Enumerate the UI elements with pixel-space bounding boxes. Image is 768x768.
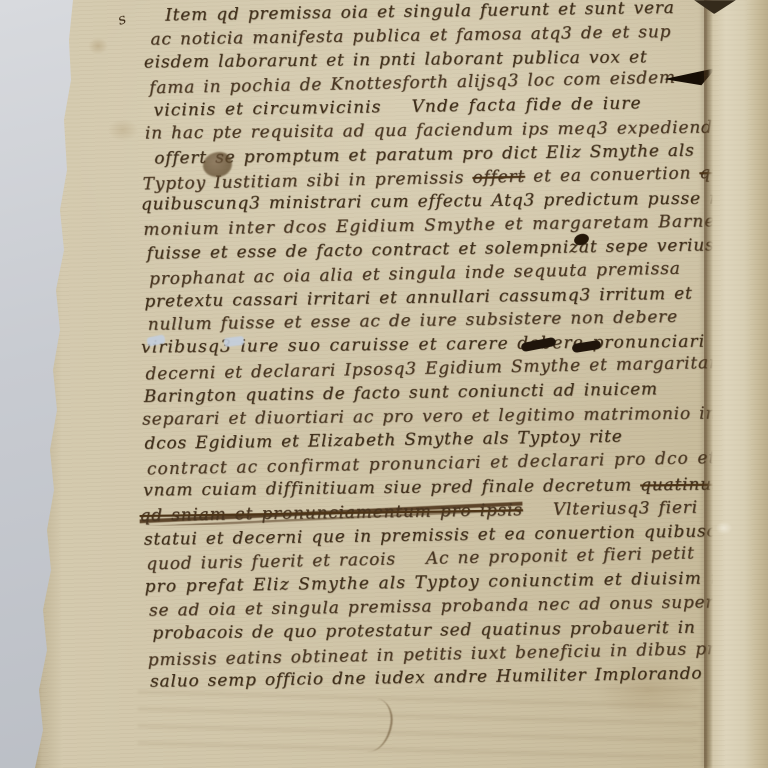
- manuscript-text-segment: et ea conuertion: [525, 163, 700, 186]
- manuscript-text-segment: Ac ne proponit et fieri petit: [426, 544, 695, 569]
- manuscript-text-segment: quibuscunq3 ministrari cum effectu Atq3 …: [141, 189, 760, 215]
- manuscript-photo: s Item qd premissa oia et singula fuerun…: [0, 0, 768, 768]
- manuscript-text-segment: in hac pte requisita ad qua faciendum ip…: [145, 118, 713, 144]
- margin-flourish: s: [115, 9, 128, 28]
- manuscript-page: s Item qd premissa oia et singula fuerun…: [28, 0, 768, 768]
- text-block: Item qd premissa oia et singula fuerunt …: [134, 0, 744, 695]
- folded-page-edge: [704, 0, 768, 768]
- manuscript-text-segment: quod iuris fuerit et racois: [146, 550, 396, 575]
- manuscript-text-segment: Vlteriusq3 fieri: [553, 497, 698, 519]
- manuscript-text-segment: offert: [472, 166, 525, 187]
- manuscript-text-segment: Vnde facta fide de iure: [411, 94, 641, 117]
- manuscript-text-segment: separari et diuortiari ac pro vero et le…: [142, 403, 745, 429]
- reverse-side-show-through: [138, 688, 698, 758]
- manuscript-text-segment: qd sniam et pronunciamentum pro ipsis: [139, 500, 523, 526]
- manuscript-text-segment: vnam cuiam diffinitiuam siue pred finale…: [143, 475, 640, 500]
- manuscript-text-segment: vicinis et circumvicinis: [153, 98, 381, 121]
